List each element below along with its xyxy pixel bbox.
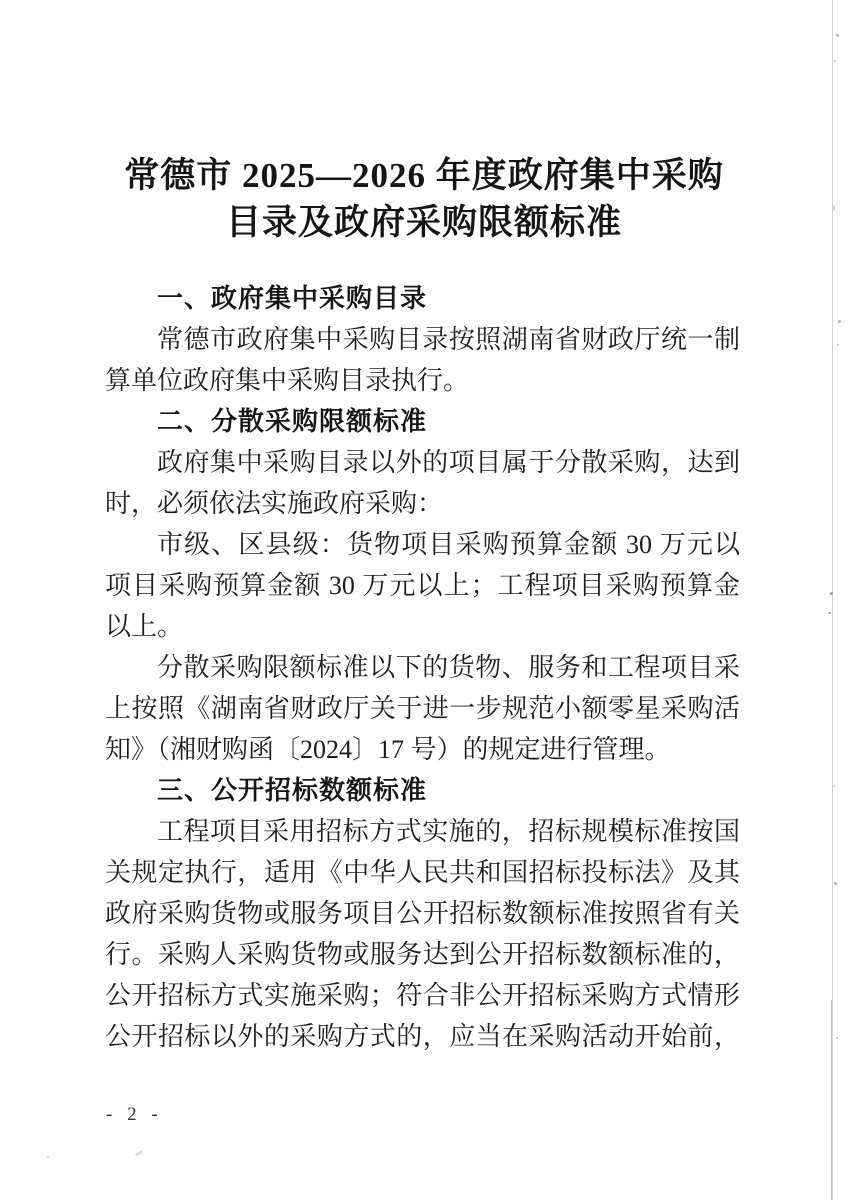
scan-speck <box>838 320 841 323</box>
paragraph-line: 关规定执行，适用《中华人民共和国招标投标法》及其实施条例。 <box>105 852 740 893</box>
section-heading-3: 三、公开招标数额标准 <box>105 770 740 811</box>
scanned-document-page: 常德市 2025—2026 年度政府集中采购 目录及政府采购限额标准 一、政府集… <box>0 0 848 1200</box>
document-title-line-1: 常德市 2025—2026 年度政府集中采购 <box>0 152 848 199</box>
scan-speck <box>834 60 836 62</box>
paragraph-line: 项目采购预算金额 30 万元以上；工程项目采购预算金额 60 万元 <box>105 565 740 606</box>
document-title-line-2: 目录及政府采购限额标准 <box>0 199 848 246</box>
paragraph-line: 政府集中采购目录以外的项目属于分散采购，达到以下标准 <box>105 442 740 483</box>
paragraph-line: 行。采购人采购货物或服务达到公开招标数额标准的，应当采用 <box>105 934 740 975</box>
paragraph-line: 公开招标方式实施采购；符合非公开招标采购方式情形需要采用 <box>105 975 740 1016</box>
paragraph-line: 政府采购货物或服务项目公开招标数额标准按照省有关规定执 <box>105 893 740 934</box>
scan-speck <box>836 1037 838 1039</box>
paragraph-line: 时，必须依法实施政府采购： <box>105 483 740 524</box>
paragraph-line: 知》（湘财购函〔2024〕17 号）的规定进行管理。 <box>105 729 740 770</box>
section-heading-2: 二、分散采购限额标准 <box>105 401 740 442</box>
scan-speck <box>135 1150 143 1157</box>
paragraph-line: 工程项目采用招标方式实施的，招标规模标准按国家和省有 <box>105 811 740 852</box>
scan-speck <box>833 785 835 787</box>
document-title: 常德市 2025—2026 年度政府集中采购 目录及政府采购限额标准 <box>0 152 848 246</box>
scan-speck <box>830 592 833 595</box>
paragraph-line: 常德市政府集中采购目录按照湖南省财政厅统一制定的预 <box>105 319 740 360</box>
page-number: - 2 - <box>106 1104 163 1126</box>
paragraph-line: 市级、区县级：货物项目采购预算金额 30 万元以上；服务 <box>105 524 740 565</box>
scan-speck <box>836 34 839 37</box>
scan-speck <box>834 882 837 885</box>
paragraph-line: 以上。 <box>105 606 740 647</box>
scan-speck <box>828 612 831 614</box>
section-heading-1: 一、政府集中采购目录 <box>105 278 740 319</box>
scan-speck <box>837 344 839 346</box>
document-body: 一、政府集中采购目录常德市政府集中采购目录按照湖南省财政厅统一制定的预算单位政府… <box>105 278 740 1057</box>
scan-edge-line-lower <box>831 1000 832 1200</box>
paragraph-line: 分散采购限额标准以下的货物、服务和工程项目采购，原则 <box>105 647 740 688</box>
scan-speck <box>47 1156 49 1158</box>
paragraph-line: 公开招标以外的采购方式的，应当在采购活动开始前，按法定程 <box>105 1016 740 1057</box>
paragraph-line: 算单位政府集中采购目录执行。 <box>105 360 740 401</box>
paragraph-line: 上按照《湖南省财政厅关于进一步规范小额零星采购活动的通 <box>105 688 740 729</box>
